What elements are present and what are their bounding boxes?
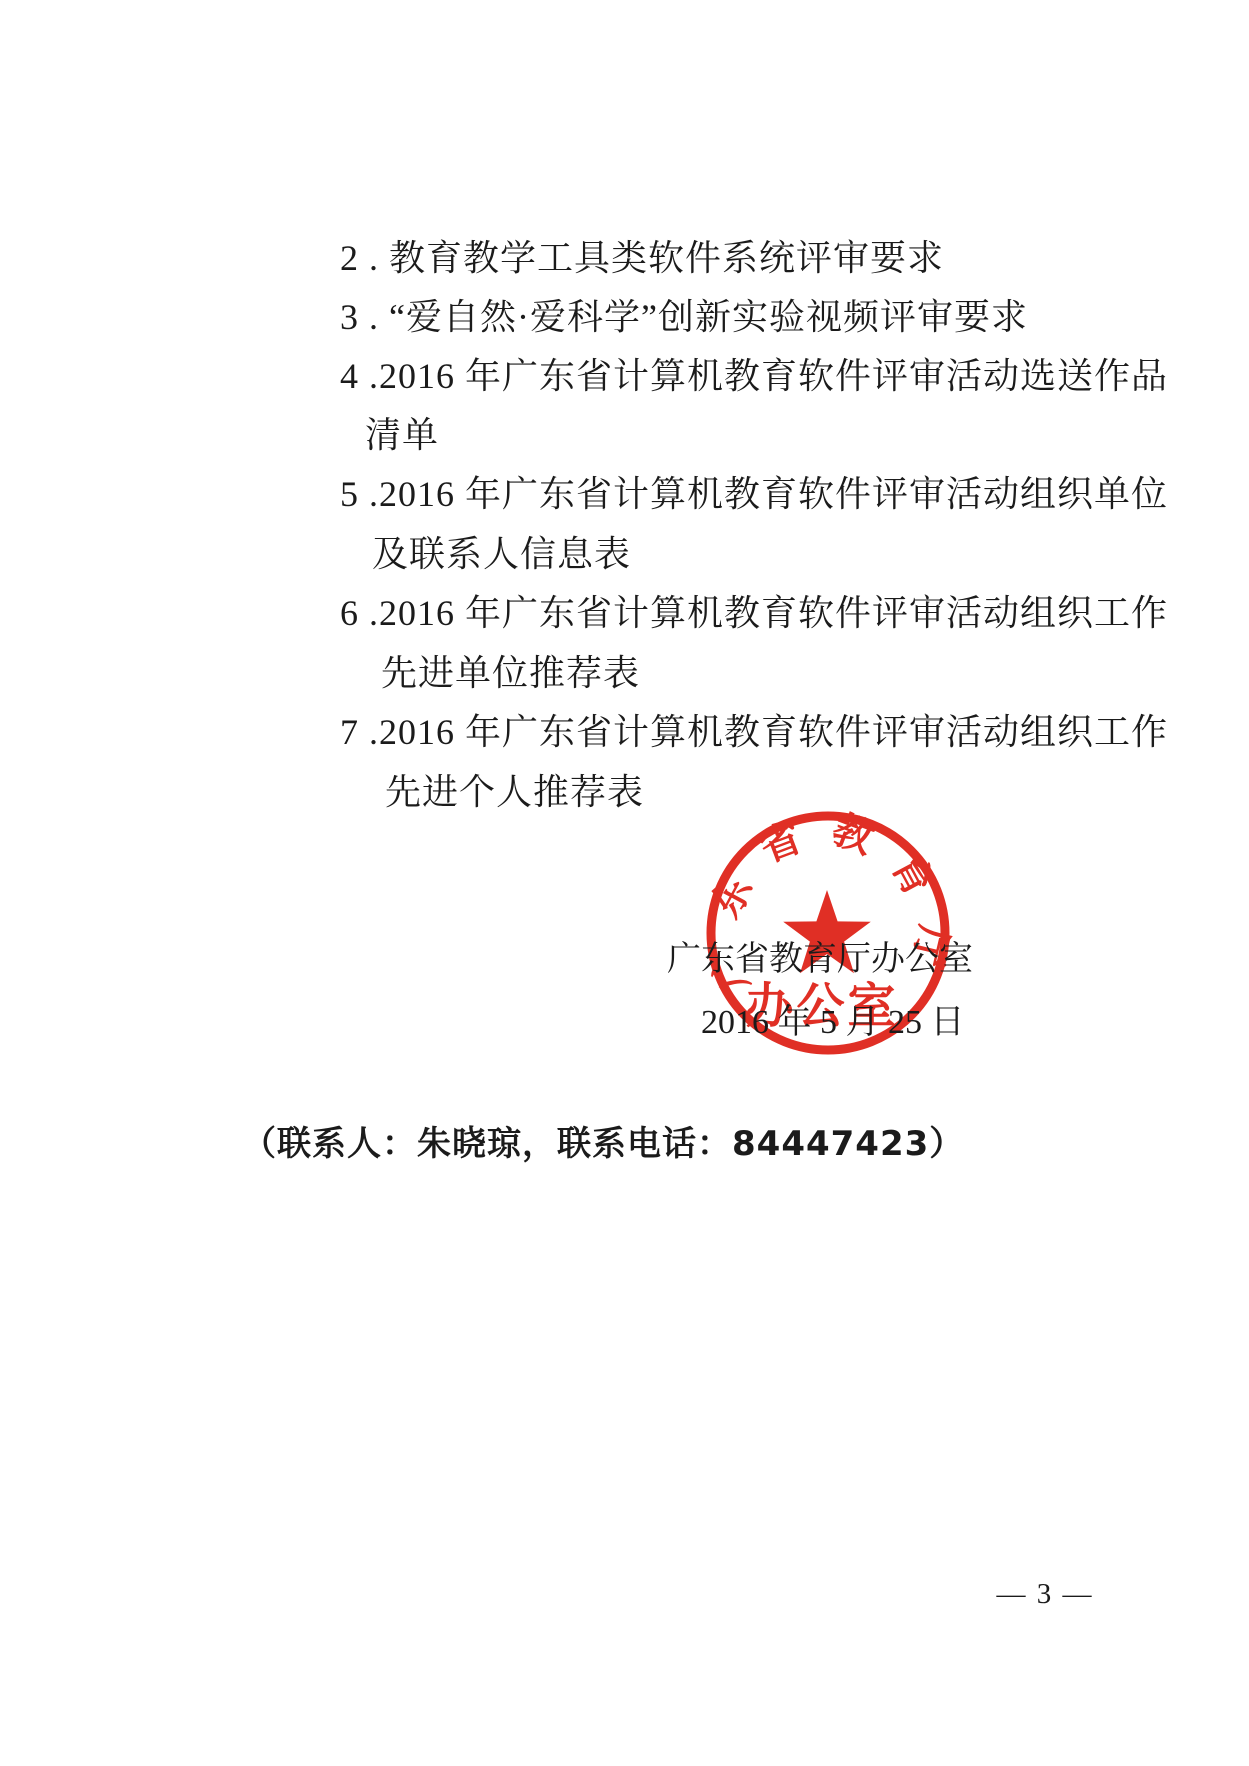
list-line-item5-cont: 及联系人信息表 — [372, 533, 631, 576]
list-line-item5: 5 .2016 年广东省计算机教育软件评审活动组织单位 — [340, 473, 1168, 516]
list-line-item3: 3 . “爱自然·爱科学”创新实验视频评审要求 — [340, 296, 1028, 339]
list-line-item6-cont: 先进单位推荐表 — [381, 652, 640, 695]
list-line-item7: 7 .2016 年广东省计算机教育软件评审活动组织工作 — [340, 711, 1168, 754]
list-line-item2: 2 . 教育教学工具类软件系统评审要求 — [340, 237, 944, 280]
list-line-item6: 6 .2016 年广东省计算机教育软件评审活动组织工作 — [340, 592, 1168, 635]
list-line-item7-cont: 先进个人推荐表 — [385, 771, 644, 814]
contact-line: （联系人：朱晓琼，联系电话：84447423） — [242, 1116, 964, 1165]
document-page: 2 . 教育教学工具类软件系统评审要求 3 . “爱自然·爱科学”创新实验视频评… — [0, 0, 1249, 1766]
signature-date: 2016 年 5 月 25 日 — [701, 1003, 965, 1044]
list-line-item4-cont: 清单 — [365, 414, 439, 457]
signature-org: 广东省教育厅办公室 — [667, 940, 973, 981]
page-number: — 3 — — [980, 1578, 1110, 1611]
list-line-item4: 4 .2016 年广东省计算机教育软件评审活动选送作品 — [340, 355, 1168, 398]
